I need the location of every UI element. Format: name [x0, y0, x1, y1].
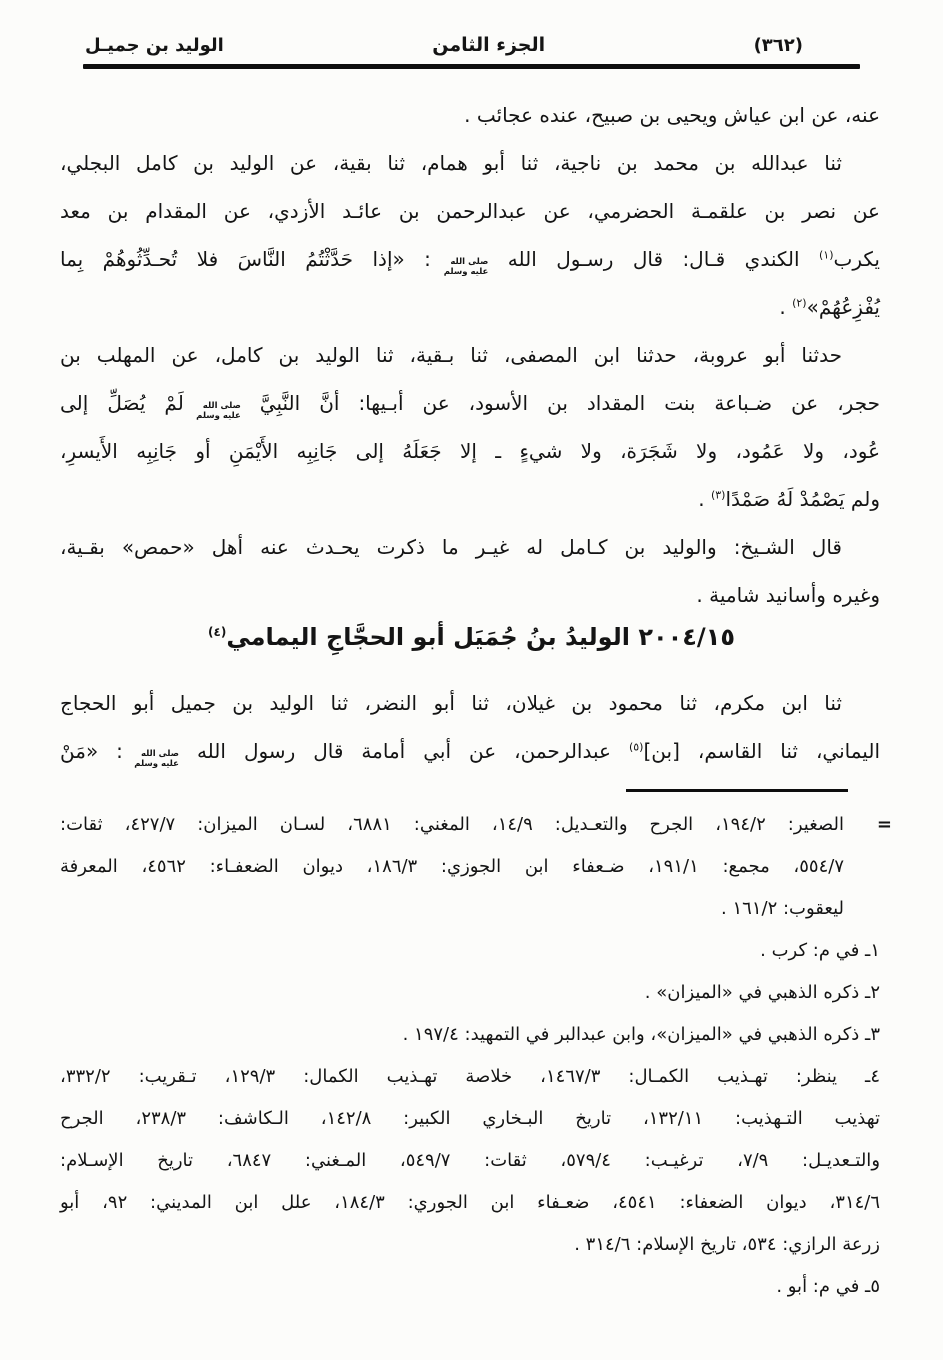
- text-segment: يكرب: [834, 247, 880, 271]
- salla-bottom-text: عليه وسلم: [203, 412, 241, 422]
- body-line-3: عن نصر بن علقمـة الحضرمي، عن عبدالرحمن ب…: [60, 187, 880, 235]
- body-line-6: حدثنا أبو عروبة، حدثنا ابن المصفى، ثنا ب…: [60, 331, 880, 379]
- body-line-9: ولم يَصْمُدْ لَهُ صَمْدًا(٣) .: [60, 475, 880, 523]
- text-segment: زرعة الرازي: ٥٣٤، تاريخ الإسلام: ٣١٤/٦ .: [574, 1234, 880, 1255]
- text-segment: : «إذا حَدَّثْتُمُ النَّاسَ فلا تُحـدِّث…: [60, 247, 450, 271]
- footnote-4-line-1: ٤ـ ينظر: تهـذيب الكمـال: ١٤٦٧/٣، خلاصة ت…: [60, 1056, 880, 1098]
- text-segment: .: [779, 295, 792, 319]
- footnote-cont-line-3: ليعقوب: ١٦١/٢ .: [60, 888, 844, 930]
- main-text-block-1: عنه، عن ابن عياش ويحيى بن صبيح، عنده عجا…: [0, 69, 943, 619]
- footnote-marker: (٤): [208, 625, 226, 639]
- book-page: (٣٦٢) الجزء الثامن الوليد بن جميـل عنه، …: [0, 0, 943, 1360]
- text-segment: : «مَنْ: [60, 739, 141, 763]
- entry-heading: ٢٠٠٤/١٥ الوليدُ بنُ جُمَيَل أبو الحجَّاج…: [0, 623, 943, 673]
- text-segment: والتـعديـل: ٧/٩، ترغيـب: ٥٧٩/٤، ثقات: ٥٤…: [60, 1150, 880, 1171]
- footnotes-block: =الصغير: ١٩٤/٢، الجرح والتعـديل: ١٤/٩، ا…: [0, 792, 943, 1308]
- text-segment: وغيره وأسانيد شامية .: [696, 583, 880, 607]
- salla-calligraphy-icon: صلى اللهعليه وسلم: [450, 258, 488, 278]
- text-segment: ٣ـ ذكره الذهبي في «الميزان»، وابن عبدالب…: [403, 1024, 880, 1045]
- text-segment: ٤ـ ينظر: تهـذيب الكمـال: ١٤٦٧/٣، خلاصة ت…: [60, 1066, 880, 1087]
- text-segment: ٥٥٤/٧، مجمع: ١٩١/١، ضـعفاء ابن الجوزي: ١…: [60, 856, 844, 877]
- footnote-4-line-5: زرعة الرازي: ٥٣٤، تاريخ الإسلام: ٣١٤/٦ .: [60, 1224, 880, 1266]
- text-segment: عُود، ولا عَمُود، ولا شَجَرَة، ولا شيءٍ …: [60, 439, 880, 463]
- footnote-marker: (٥): [629, 740, 644, 753]
- body-line-11: وغيره وأسانيد شامية .: [60, 571, 880, 619]
- text-segment: ٣١٤/٦، ديوان الضعفاء: ٤٥٤١، ضعـفاء ابن ا…: [60, 1192, 880, 1213]
- text-segment: عنه، عن ابن عياش ويحيى بن صبيح، عنده عجا…: [464, 103, 880, 127]
- text-segment: الكندي قـال: قال رسـول الله: [488, 247, 819, 271]
- page-number: (٣٦٢): [754, 35, 803, 56]
- text-segment: اليماني، ثنا القاسم، [بن]: [643, 739, 880, 763]
- footnote-2: ٢ـ ذكره الذهبي في «الميزان» .: [60, 972, 880, 1014]
- footnote-cont-line-1: =الصغير: ١٩٤/٢، الجرح والتعـديل: ١٤/٩، ا…: [60, 804, 844, 846]
- body-line-4: يكرب(١) الكندي قـال: قال رسـول الله صلى …: [60, 235, 880, 283]
- footnote-marker: (٢): [792, 296, 807, 309]
- salla-calligraphy-icon: صلى اللهعليه وسلم: [141, 750, 179, 770]
- entry-heading-line: ٢٠٠٤/١٥ الوليدُ بنُ جُمَيَل أبو الحجَّاج…: [0, 623, 943, 673]
- text-segment: ٥ـ في م: أبو .: [776, 1276, 880, 1297]
- text-segment: ٢٠٠٤/١٥ الوليدُ بنُ جُمَيَل أبو الحجَّاج…: [226, 623, 735, 651]
- main-text-block-2: ثنا ابن مكرم، ثنا محمود بن غيلان، ثنا أب…: [0, 673, 943, 775]
- footnote-4-line-4: ٣١٤/٦، ديوان الضعفاء: ٤٥٤١، ضعـفاء ابن ا…: [60, 1182, 880, 1224]
- body-line-12: ثنا ابن مكرم، ثنا محمود بن غيلان، ثنا أب…: [60, 679, 880, 727]
- running-header: (٣٦٢) الجزء الثامن الوليد بن جميـل: [0, 0, 943, 56]
- body-line-10: قال الشـيخ: والوليد بن كـامل له غيـر ما …: [60, 523, 880, 571]
- part-title: الجزء الثامن: [432, 34, 545, 56]
- text-segment: ثنا ابن مكرم، ثنا محمود بن غيلان، ثنا أب…: [60, 691, 842, 715]
- text-segment: ٢ـ ذكره الذهبي في «الميزان» .: [645, 982, 880, 1003]
- text-segment: تهذيب التـهذيب: ١٣٢/١١، تاريخ البـخاري ا…: [60, 1108, 880, 1129]
- text-segment: ليعقوب: ١٦١/٢ .: [721, 898, 844, 919]
- text-segment: حدثنا أبو عروبة، حدثنا ابن المصفى، ثنا ب…: [60, 343, 842, 367]
- footnote-5: ٥ـ في م: أبو .: [60, 1266, 880, 1308]
- text-segment: عن نصر بن علقمـة الحضرمي، عن عبدالرحمن ب…: [60, 199, 880, 223]
- body-line-2: ثنا عبدالله بن محمد بن ناجية، ثنا أبو هم…: [60, 139, 880, 187]
- continuation-equals-mark: =: [877, 804, 892, 846]
- footnote-3: ٣ـ ذكره الذهبي في «الميزان»، وابن عبدالب…: [60, 1014, 880, 1056]
- body-line-7: حجر، عن ضـباعة بنت المقداد بن الأسود، عن…: [60, 379, 880, 427]
- text-segment: يُفْزِعُهُمْ»: [807, 295, 880, 319]
- footnote-1: ١ـ في م: كرب .: [60, 930, 880, 972]
- text-segment: ثنا عبدالله بن محمد بن ناجية، ثنا أبو هم…: [60, 151, 842, 175]
- text-segment: عبدالرحمن، عن أبي أمامة قال رسول الله: [179, 739, 629, 763]
- text-segment: ولم يَصْمُدْ لَهُ صَمْدًا: [725, 487, 880, 511]
- text-segment: .: [698, 487, 711, 511]
- running-title: الوليد بن جميـل: [85, 35, 224, 56]
- text-segment: ١ـ في م: كرب .: [760, 940, 880, 961]
- footnote-cont-line-2: ٥٥٤/٧، مجمع: ١٩١/١، ضـعفاء ابن الجوزي: ١…: [60, 846, 844, 888]
- salla-calligraphy-icon: صلى اللهعليه وسلم: [203, 402, 241, 422]
- salla-bottom-text: عليه وسلم: [141, 760, 179, 770]
- salla-bottom-text: عليه وسلم: [450, 268, 488, 278]
- footnote-4-line-3: والتـعديـل: ٧/٩، ترغيـب: ٥٧٩/٤، ثقات: ٥٤…: [60, 1140, 880, 1182]
- body-line-13: اليماني، ثنا القاسم، [بن](٥) عبدالرحمن، …: [60, 727, 880, 775]
- body-line-8: عُود، ولا عَمُود، ولا شَجَرَة، ولا شيءٍ …: [60, 427, 880, 475]
- text-segment: قال الشـيخ: والوليد بن كـامل له غيـر ما …: [60, 535, 842, 559]
- text-segment: لَمْ يُصَلِّ إلى: [60, 391, 203, 415]
- text-segment: حجر، عن ضـباعة بنت المقداد بن الأسود، عن…: [241, 391, 880, 415]
- footnote-marker: (٣): [711, 488, 726, 501]
- footnote-4-line-2: تهذيب التـهذيب: ١٣٢/١١، تاريخ البـخاري ا…: [60, 1098, 880, 1140]
- footnote-marker: (١): [819, 248, 834, 261]
- text-segment: الصغير: ١٩٤/٢، الجرح والتعـديل: ١٤/٩، ال…: [60, 814, 844, 835]
- body-line-5: يُفْزِعُهُمْ»(٢) .: [60, 283, 880, 331]
- body-line-1: عنه، عن ابن عياش ويحيى بن صبيح، عنده عجا…: [60, 91, 880, 139]
